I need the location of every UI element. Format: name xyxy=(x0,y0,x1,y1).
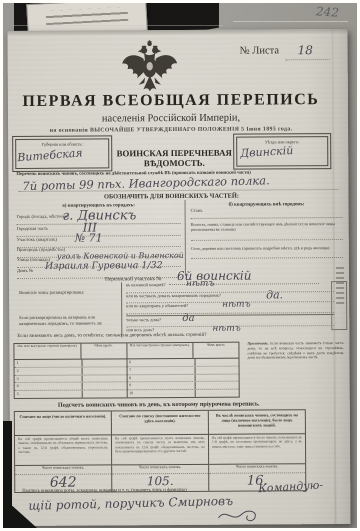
count-col-present: Считано на лицо (число наличнаго населен… xyxy=(15,411,112,492)
census-form-scan: 242 № Листа 18 xyxy=(0,0,360,531)
margin-annotation-cell xyxy=(331,281,347,330)
note-paragraph: Примѣчаніе. Если воинская часть занимает… xyxy=(247,341,343,361)
field-stan-label: Станъ xyxy=(191,208,203,213)
field-precinct-block-label: Участокъ (кварталъ) xyxy=(17,237,57,242)
field-village: Село, деревня или поселокъ (прописать по… xyxy=(191,245,343,259)
count-col-value-cell: 642 xyxy=(15,474,111,492)
note-title: Примѣчаніе. xyxy=(247,341,268,345)
sheet-edge-line-2 xyxy=(13,25,223,26)
buildings-table-right: Изъ чего выстроено строеніе (матеріалъ).… xyxy=(127,343,239,398)
field-city-value: г. Двинскъ xyxy=(63,208,137,223)
q-private-house-label: или въ частныхъ домахъ казарменнымъ поря… xyxy=(126,292,221,298)
imperial-eagle-emblem xyxy=(119,40,181,94)
col-material-header: Изъ чего выстроено строеніе (матеріалъ). xyxy=(127,343,194,358)
row-number: 9 xyxy=(127,382,195,389)
row-number: 10 xyxy=(127,390,195,397)
q-part-of-house-answer: да xyxy=(182,312,194,323)
count-col-special: Въ числѣ воинскихъ чиновъ, состоящихъ на… xyxy=(209,410,305,491)
quartering-questions: въ казенной казармѣ? нѣтъ или въ частных… xyxy=(121,281,334,337)
paper-sheet: № Листа 18 ПЕР xyxy=(7,29,350,526)
photo-background: 242 № Листа 18 xyxy=(3,3,357,528)
census-subtitle: населенія Россійской Имперіи, xyxy=(16,112,326,125)
table-row: 5 xyxy=(15,391,127,398)
count-value: 105. xyxy=(112,474,208,489)
row-number: 3 xyxy=(15,375,83,382)
q-barracks-label: въ казенной казармѣ? xyxy=(126,282,165,287)
row-number: 4 xyxy=(15,383,83,390)
q-whole-house-answer: нѣтъ xyxy=(212,324,240,334)
count-col-note: Въ сей графѣ прописывается число чиновъ,… xyxy=(209,434,305,465)
row-number: 1 xyxy=(15,360,83,367)
q-lodgings-label: или по квартирамъ у обывателей? xyxy=(126,303,188,308)
field-street-value: уголъ Ковенской и Виленской xyxy=(57,251,184,261)
signature-flourish xyxy=(216,508,260,524)
sheet-no-label: № Листа xyxy=(240,45,279,56)
designate-header: ОБОЗНАЧИТЬ ДЛЯ ВОИНСКИХЪ ЧАСТЕЙ: xyxy=(16,192,326,201)
count-col-note: Въ сей графѣ прописывается итогъ воински… xyxy=(112,435,208,466)
quartering-condition-label: Если расквартированы въ казармахъ или ка… xyxy=(19,314,117,326)
field-stan: Станъ xyxy=(191,207,343,219)
field-village-label: Село, деревня или поселокъ (прописать по… xyxy=(191,245,330,251)
row-number: 8 xyxy=(127,374,195,381)
q-private-house-answer: да. xyxy=(266,288,283,301)
field-volost: Волость, гмина, станица или соотвѣтствую… xyxy=(191,221,343,241)
field-city-part-label: Городская часть xyxy=(17,226,48,231)
row-number: 2 xyxy=(15,367,83,374)
q-lodgings-answer: нѣтъ xyxy=(222,300,250,310)
buildings-table-left: Изъ чего выстроено строеніе (матеріалъ).… xyxy=(14,343,127,398)
q-whole-house-label: или весь домъ? xyxy=(126,327,154,332)
field-precinct-block-value: № 71 xyxy=(75,231,103,244)
q-part-of-house-label: только часть дома? xyxy=(126,317,161,322)
count-col-by-list: Считано по списку (постоянное жительство… xyxy=(112,411,209,492)
quartering-label: Воинскіе чины расквартированы: xyxy=(19,289,119,295)
census-title: ПЕРВАЯ ВСЕОБЩАЯ ПЕРЕПИСЬ xyxy=(16,91,326,111)
underlying-sheet-edge xyxy=(7,29,347,36)
archival-label-text-lines xyxy=(46,7,129,25)
count-col-header: Считано по списку (постоянное жительство… xyxy=(112,411,208,436)
row-number: 7 xyxy=(127,367,195,374)
table-row: 10 xyxy=(127,390,239,397)
doc-type-title: ВОИНСКАЯ ПЕРЕЧНЕВАЯ ВѢДОМОСТЬ. xyxy=(112,148,236,169)
count-col-header: Считано на лицо (число наличнаго населен… xyxy=(15,411,111,436)
field-house-value: Израиля Гуревича 1/32 xyxy=(45,260,163,272)
sheet-no-line xyxy=(286,58,330,60)
margin-annotation-text xyxy=(336,264,344,304)
column-divider xyxy=(185,200,186,276)
field-volost-label: Волость, гмина, станица или соотвѣтствую… xyxy=(191,221,335,232)
col-roof-header: Чѣмъ крыто. xyxy=(194,343,239,358)
count-table-title: Подсчетъ воинскихъ чиновъ въ день, къ ко… xyxy=(14,400,304,409)
field-house-label: Домъ № xyxy=(17,268,33,273)
census-basis-line: на основаніи ВЫСОЧАЙШЕ УТВЕРЖДЕННАГО ПОЛ… xyxy=(16,126,326,134)
buildings-table: Изъ чего выстроено строеніе (матеріалъ).… xyxy=(13,342,239,399)
sheet-no-value: 18 xyxy=(298,43,313,57)
col-roof-header: Чѣмъ крыто. xyxy=(81,343,126,358)
signature-value-part1: Командую- xyxy=(258,478,323,495)
col-material-header: Изъ чего выстроено строеніе (матеріалъ). xyxy=(14,344,81,359)
row-number: 6 xyxy=(127,359,195,366)
signature-value-part2: щій ротой, поручикъ Смирновъ xyxy=(28,494,233,513)
count-col-header: Въ числѣ воинскихъ чиновъ, состоящихъ на… xyxy=(209,410,305,435)
count-col-note: Въ сей графѣ прописывается общій итогъ в… xyxy=(15,435,111,466)
count-value: 642 xyxy=(15,474,111,491)
q-lodgings: или по квартирамъ у обывателей? нѣтъ xyxy=(126,302,334,314)
count-table: Считано на лицо (число наличнаго населен… xyxy=(14,409,306,493)
sheet-edge-line xyxy=(233,21,348,22)
whole-house-line: Если занимаютъ весь домъ, то отмѣтить: с… xyxy=(17,332,341,339)
field-city-label: Городъ (посадъ, мѣстечко) xyxy=(17,214,69,219)
row-number: 5 xyxy=(15,391,83,398)
pencil-page-number: 242 xyxy=(316,4,340,20)
q-barracks-answer: нѣтъ xyxy=(186,279,214,289)
